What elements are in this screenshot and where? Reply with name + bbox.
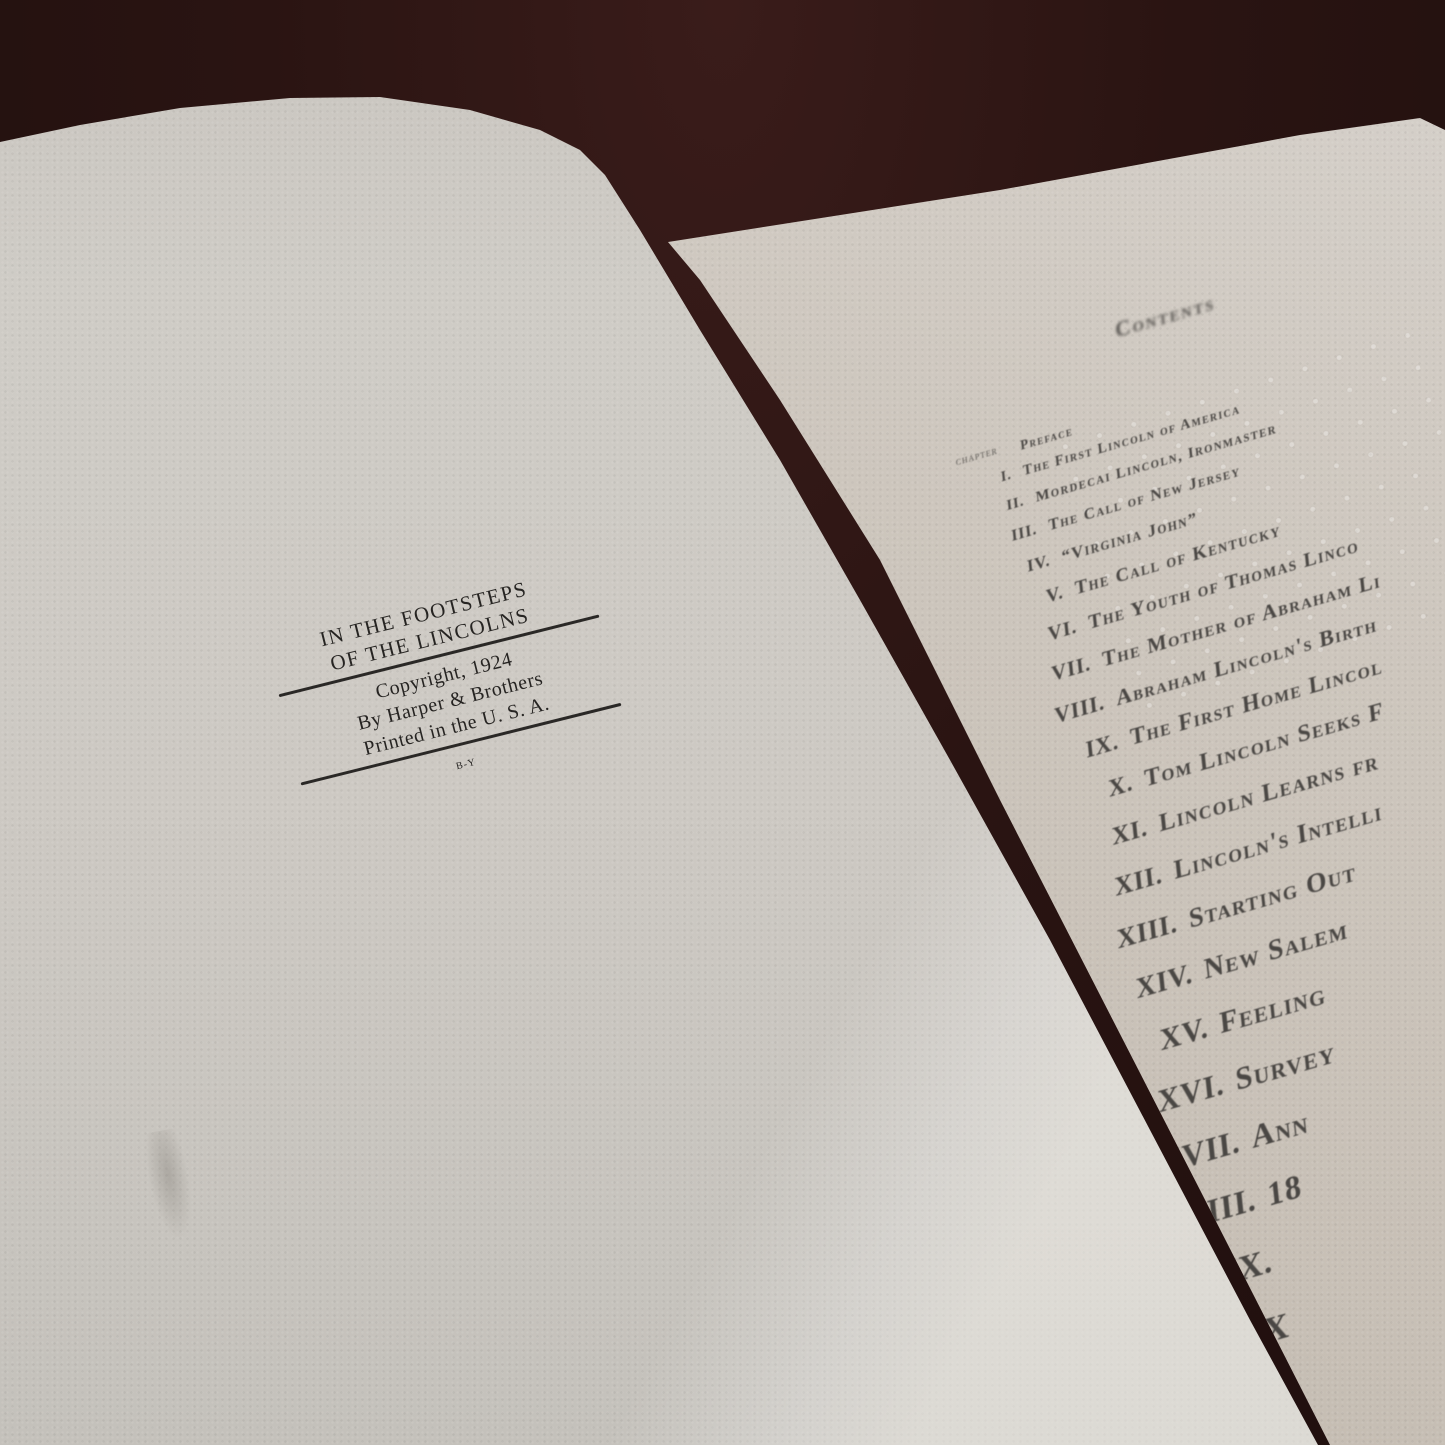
chapter-number: I. <box>1000 467 1012 486</box>
